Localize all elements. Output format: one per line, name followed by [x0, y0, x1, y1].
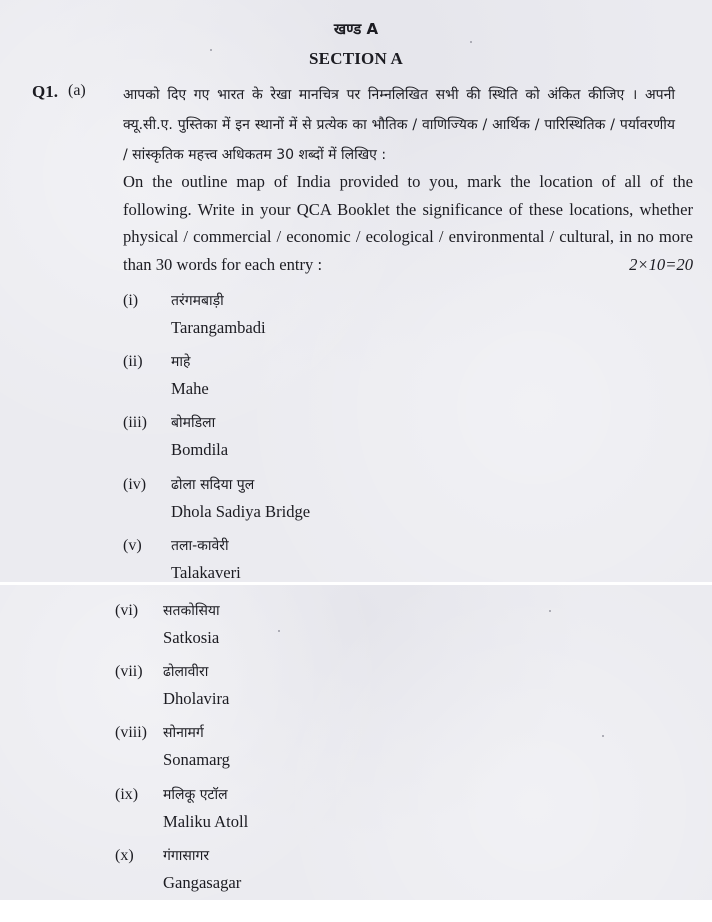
item-number: (viii)	[115, 724, 147, 742]
item-name-english: Tarangambadi	[171, 318, 266, 338]
marks-allocation: 2×10=20	[629, 251, 693, 279]
item-name-english: Dholavira	[163, 689, 229, 709]
scan-speck	[210, 49, 212, 51]
item-number: (ix)	[115, 786, 138, 804]
item-name-english: Bomdila	[171, 440, 228, 460]
item-name-english: Satkosia	[163, 628, 219, 648]
scan-speck	[602, 735, 604, 737]
scan-speck	[278, 630, 280, 632]
item-name-hindi: ढोला सदिया पुल	[171, 475, 254, 494]
item-name-hindi: तला-कावेरी	[171, 536, 229, 555]
item-name-hindi: सोनामर्ग	[163, 723, 204, 742]
item-name-english: Talakaveri	[171, 563, 241, 583]
item-number: (ii)	[123, 353, 143, 371]
item-name-hindi: माहे	[171, 352, 190, 371]
item-name-english: Gangasagar	[163, 873, 241, 893]
item-name-english: Sonamarg	[163, 750, 230, 770]
item-name-hindi: ढोलावीरा	[163, 662, 208, 681]
item-name-hindi: सतकोसिया	[163, 601, 220, 620]
section-title-hindi: खण्ड A	[0, 19, 712, 39]
item-number: (v)	[123, 537, 142, 555]
instruction-english: On the outline map of India provided to …	[123, 168, 693, 278]
item-name-hindi: मलिकू एटॉल	[163, 785, 228, 804]
scan-speck	[470, 41, 472, 43]
item-name-english: Maliku Atoll	[163, 812, 248, 832]
item-number: (iv)	[123, 476, 146, 494]
instruction-hindi: आपको दिए गए भारत के रेखा मानचित्र पर निम…	[123, 80, 675, 170]
question-number: Q1.	[32, 82, 58, 102]
item-name-english: Mahe	[171, 379, 209, 399]
item-name-hindi: तरंगमबाड़ी	[171, 291, 224, 310]
item-name-hindi: बोमडिला	[171, 413, 215, 432]
instruction-english-text: On the outline map of India provided to …	[123, 172, 693, 274]
scanned-page-lower	[0, 585, 712, 900]
item-number: (i)	[123, 292, 138, 310]
item-name-english: Dhola Sadiya Bridge	[171, 502, 310, 522]
item-name-hindi: गंगासागर	[163, 846, 209, 865]
item-number: (x)	[115, 847, 134, 865]
section-title-english: SECTION A	[0, 49, 712, 69]
item-number: (vii)	[115, 663, 143, 681]
item-number: (iii)	[123, 414, 147, 432]
item-number: (vi)	[115, 602, 138, 620]
scan-speck	[549, 610, 551, 612]
question-part: (a)	[68, 82, 86, 100]
